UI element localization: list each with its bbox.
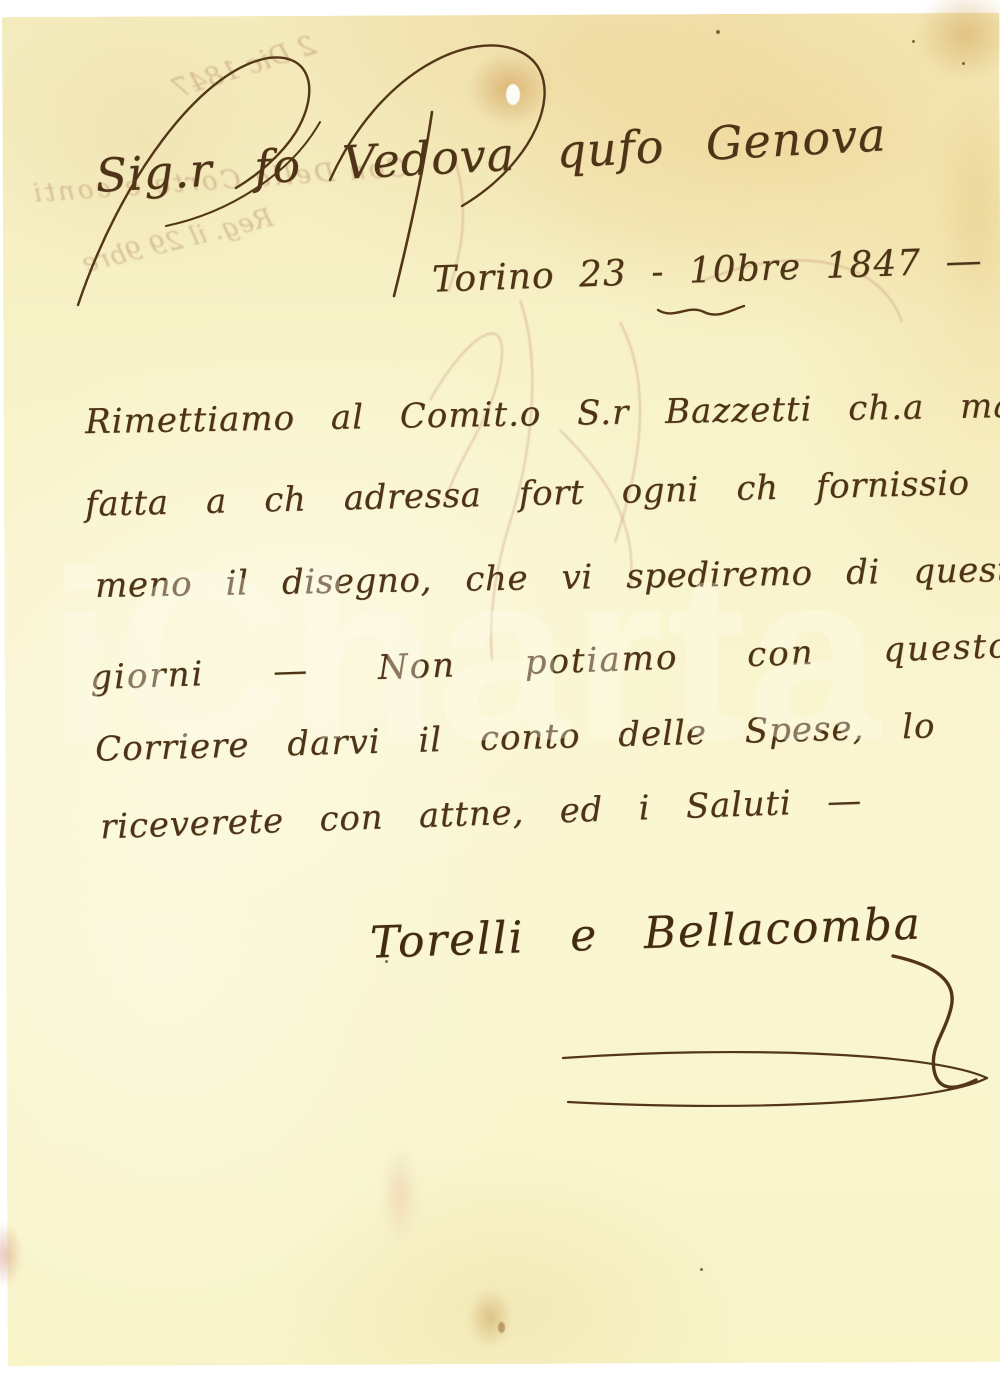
scanned-letter: 2 Dic 1847 Con Della Corte e conti Reg. … xyxy=(0,0,1000,1374)
watermark-text: iCharta xyxy=(48,520,882,793)
